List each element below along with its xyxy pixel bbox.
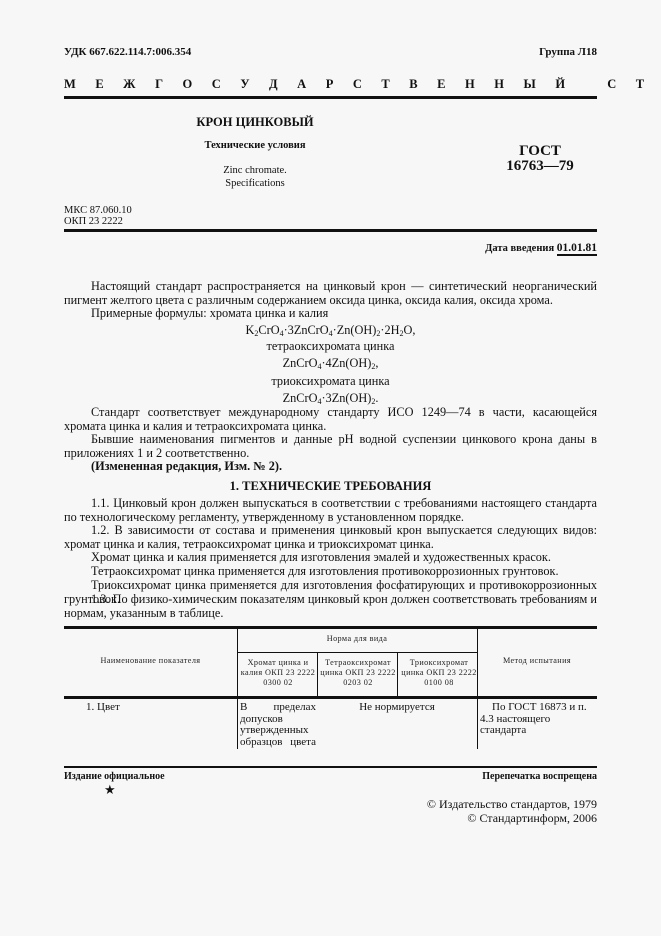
title-divider [64,229,597,232]
row-color-not-normalized: Не нормируется [317,702,477,714]
english-title-line1: Zinc chromate. [160,165,350,176]
top-divider [64,96,597,99]
interstate-standard-banner: М Е Ж Г О С У Д А Р С Т В Е Н Н Ы Й С Т … [64,77,597,92]
row-color-zinc-potassium-value: В пределах допусков утвержденных образцо… [240,702,316,748]
amendment-note: (Измененная редакция, Изм. № 2). [64,460,597,474]
effective-date: Дата введения 01.01.81 [485,242,597,254]
banner-text: М Е Ж Г О С У Д А Р С Т В Е Н Н Ы Й С Т … [64,77,661,92]
clause-1-3: 1.3. По физико-химическим показателям ци… [64,593,597,620]
reprint-prohibited-label: Перепечатка воспрещена [482,771,597,782]
formula-tetraoxychromate: ZnCrO4·4Zn(OH)2, [64,356,597,370]
row-color-test-method: По ГОСТ 16873 и п. 4.3 настоящего станда… [480,702,592,737]
table-top-border [64,626,597,629]
header-test-method: Метод испытания [477,656,597,666]
clause-1-1: 1.1. Цинковый крон должен выпускаться в … [64,497,597,524]
label-tetraoxychromate: тетраоксихромата цинка [64,339,597,353]
udk-code: УДК 667.622.114.7:006.354 [64,46,191,58]
document-title: КРОН ЦИНКОВЫЙ [160,115,350,130]
label-trioxychromate: триоксихромата цинка [64,374,597,388]
formula-zinc-potassium-chromate: K2CrO4·3ZnCrO4·Zn(OH)2·2H2O, [64,323,597,337]
official-edition-label: Издание официальное [64,771,165,782]
footer-divider [64,766,597,768]
copyright-1979: © Издательство стандартов, 1979 [427,797,597,812]
header-norm-group: Норма для вида [237,634,477,644]
intro-paragraph-former-names: Бывшие наименования пигментов и данные p… [64,433,597,460]
clause-1-2-b: Тетраоксихромат цинка применяется для из… [64,565,597,579]
star-icon: ★ [104,782,116,798]
header-tetraoxychromate: Тетраоксихромат цинка ОКП 23 2222 0203 0… [318,658,398,688]
intro-paragraph-2: Примерные формулы: хромата цинка и калия [64,307,597,321]
intro-paragraph-1: Настоящий стандарт распространяется на ц… [64,280,597,307]
table-col-divider [477,628,478,749]
gost-number: 16763—79 [490,158,590,175]
table-row-divider [237,699,238,747]
intro-paragraph-iso: Стандарт соответствует международному ст… [64,406,597,433]
copyright-2006: © Стандартинформ, 2006 [467,811,597,826]
table-header-bottom-border [64,696,597,699]
section-1-heading: 1. ТЕХНИЧЕСКИЕ ТРЕБОВАНИЯ [64,480,597,494]
document-subtitle: Технические условия [160,140,350,151]
row-indicator-color: 1. Цвет [86,702,120,714]
english-title-line2: Specifications [160,178,350,189]
header-indicator-name: Наименование показателя [64,656,237,666]
effective-date-label: Дата введения [485,243,554,254]
clause-1-2: 1.2. В зависимости от состава и применен… [64,524,597,551]
header-zinc-potassium-chromate: Хромат цинка и калия ОКП 23 2222 0300 02 [240,658,316,688]
header-trioxychromate: Триоксихромат цинка ОКП 23 2222 0100 08 [400,658,478,688]
table-norm-group-divider [237,652,477,653]
formula-trioxychromate: ZnCrO4·3Zn(OH)2. [64,391,597,405]
mks-code: МКС 87.060.10 [64,205,132,216]
clause-1-2-a: Хромат цинка и калия применяется для изг… [64,551,597,565]
group-code: Группа Л18 [539,46,597,58]
effective-date-value: 01.01.81 [557,242,597,256]
okp-code: ОКП 23 2222 [64,216,123,227]
